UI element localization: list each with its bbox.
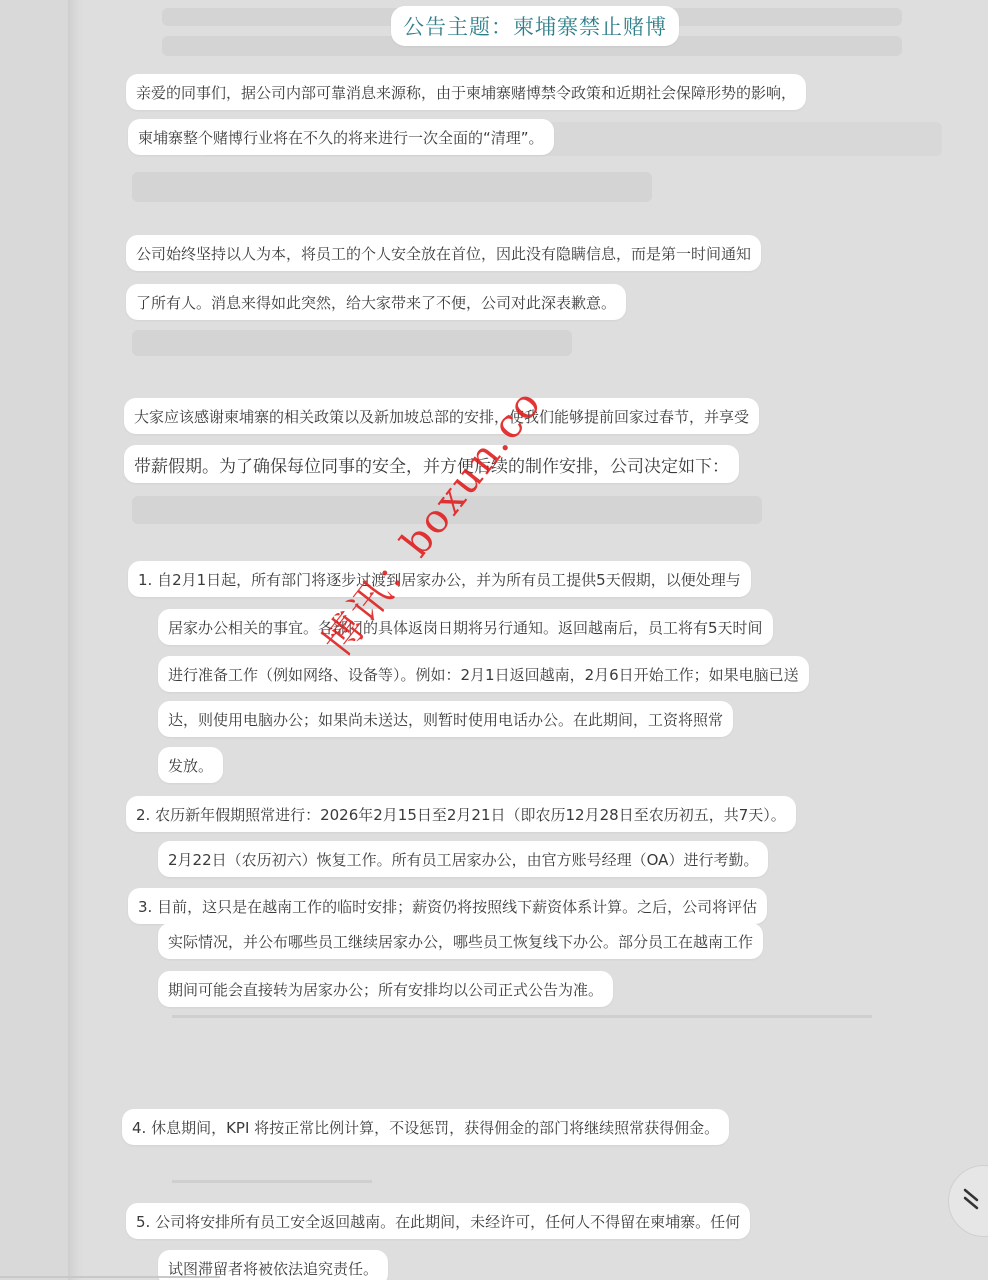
- paragraph-3-line-1: 大家应该感谢柬埔寨的相关政策以及新加坡总部的安排，使我们能够提前回家过春节，并享…: [124, 398, 759, 434]
- item-4-line-1: 4. 休息期间，KPI 将按正常比例计算，不设惩罚，获得佣金的部门将继续照常获得…: [122, 1109, 729, 1145]
- item-1-line-1: 1. 自2月1日起，所有部门将逐步过渡到居家办公，并为所有员工提供5天假期，以便…: [128, 561, 751, 597]
- item-2-line-1: 2. 农历新年假期照常进行：2026年2月15日至2月21日（即农历12月28日…: [126, 796, 796, 832]
- divider: [0, 1276, 220, 1278]
- ghost-line: [172, 1015, 872, 1018]
- item-1-line-2: 居家办公相关的事宜。各部门的具体返岗日期将另行通知。返回越南后，员工将有5天时间: [158, 609, 773, 645]
- paragraph-3-line-2: 带薪假期。为了确保每位同事的安全，并方便后续的制作安排，公司决定如下：: [124, 445, 739, 483]
- ghost-text-block: [132, 330, 572, 356]
- ghost-text-block: [132, 496, 762, 524]
- item-1-line-3: 进行准备工作（例如网络、设备等）。例如：2月1日返回越南，2月6日开始工作；如果…: [158, 656, 809, 692]
- ghost-line: [172, 1180, 372, 1183]
- paragraph-2-line-2: 了所有人。消息来得如此突然，给大家带来了不便，公司对此深表歉意。: [126, 284, 626, 320]
- paragraph-1-line-2: 柬埔寨整个赌博行业将在不久的将来进行一次全面的“清理”。: [128, 119, 554, 155]
- double-chevron-down-icon: [961, 1186, 988, 1216]
- item-3-line-2: 实际情况，并公布哪些员工继续居家办公，哪些员工恢复线下办公。部分员工在越南工作: [158, 923, 763, 959]
- item-3-line-3: 期间可能会直接转为居家办公；所有安排均以公司正式公告为准。: [158, 971, 613, 1007]
- left-margin: [0, 0, 70, 1280]
- ghost-text-block: [132, 172, 652, 202]
- item-2-line-2: 2月22日（农历初六）恢复工作。所有员工居家办公，由官方账号经理（OA）进行考勤…: [158, 841, 768, 877]
- paragraph-1-line-1: 亲爱的同事们，据公司内部可靠消息来源称，由于柬埔寨赌博禁令政策和近期社会保障形势…: [126, 74, 806, 110]
- paragraph-2-line-1: 公司始终坚持以人为本，将员工的个人安全放在首位，因此没有隐瞒信息，而是第一时间通…: [126, 235, 761, 271]
- item-1-line-4: 达，则使用电脑办公；如果尚未送达，则暂时使用电话办公。在此期间，工资将照常: [158, 701, 733, 737]
- item-1-line-5: 发放。: [158, 747, 223, 783]
- item-3-line-1: 3. 目前，这只是在越南工作的临时安排；薪资仍将按照线下薪资体系计算。之后，公司…: [128, 888, 767, 924]
- item-5-line-1: 5. 公司将安排所有员工安全返回越南。在此期间，未经许可，任何人不得留在柬埔寨。…: [126, 1203, 750, 1239]
- page-edge-shadow: [70, 0, 80, 1280]
- announcement-title: 公告主题：柬埔寨禁止赌博: [391, 6, 679, 46]
